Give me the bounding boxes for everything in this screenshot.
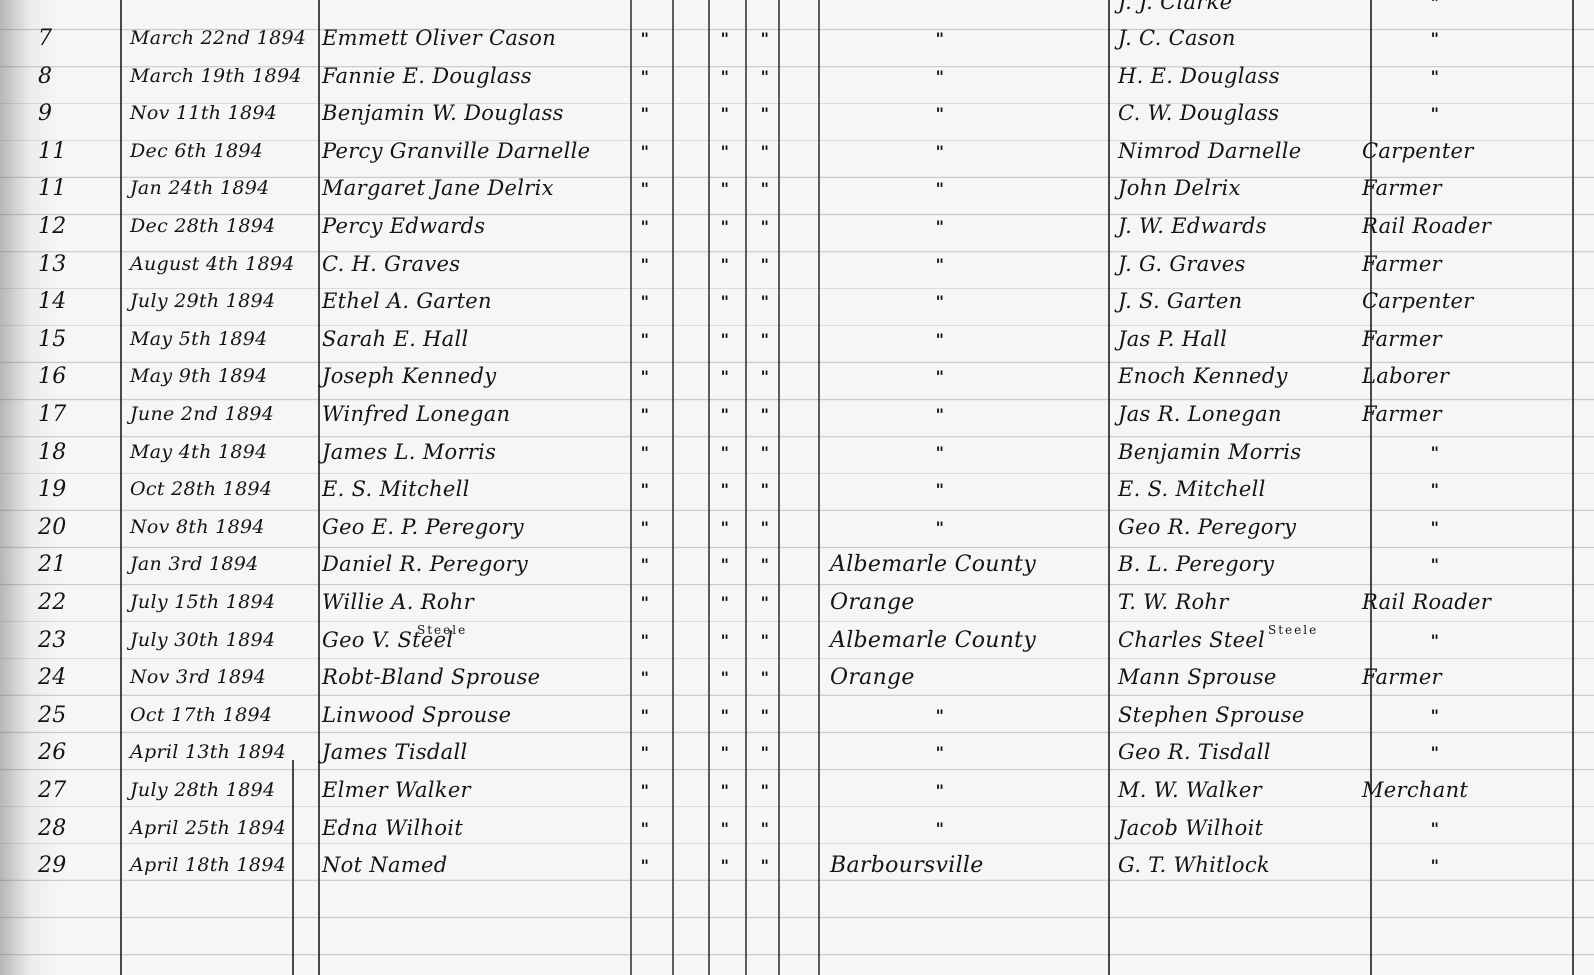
birth-date: Nov 3rd 1894 (130, 659, 315, 696)
ditto-mark: " (710, 847, 740, 884)
father-occupation: " (1420, 810, 1450, 847)
father-name: J. J. Clarke (1118, 0, 1348, 21)
father-name: Charles SteelSteele (1118, 622, 1348, 659)
birth-date: Oct 28th 1894 (130, 471, 315, 508)
birth-date: May 9th 1894 (130, 358, 315, 395)
birth-place: " (925, 246, 955, 283)
register-row: 18 May 4th 1894 James L. Morris " " " " … (0, 434, 1594, 471)
birth-date: May 5th 1894 (130, 321, 315, 358)
father-occupation: Farmer (1362, 659, 1582, 696)
ditto-mark: " (630, 847, 660, 884)
ditto-mark: " (630, 659, 660, 696)
ditto-mark: " (710, 772, 740, 809)
register-row: 11 Dec 6th 1894 Percy Granville Darnelle… (0, 133, 1594, 170)
father-occupation: Carpenter (1362, 133, 1582, 170)
birth-date: Jan 24th 1894 (130, 170, 315, 207)
father-name: Mann Sprouse (1118, 659, 1348, 696)
register-row: 27 July 28th 1894 Elmer Walker " " " " M… (0, 772, 1594, 809)
register-row: 19 Oct 28th 1894 E. S. Mitchell " " " " … (0, 471, 1594, 508)
ditto-mark: " (630, 208, 660, 245)
birth-place: Barboursville (830, 847, 1100, 884)
birth-date: July 15th 1894 (130, 584, 315, 621)
father-occupation: " (1420, 95, 1450, 132)
father-name: Jas R. Lonegan (1118, 396, 1348, 433)
birth-date: May 4th 1894 (130, 434, 315, 471)
register-row: 9 Nov 11th 1894 Benjamin W. Douglass " "… (0, 95, 1594, 132)
father-name: Stephen Sprouse (1118, 697, 1348, 734)
child-name: Ethel A. Garten (322, 283, 622, 320)
entry-number: 15 (38, 321, 108, 358)
birth-place: " (925, 358, 955, 395)
birth-date: March 22nd 1894 (130, 20, 315, 57)
entry-number: 19 (38, 471, 108, 508)
register-row: 28 April 25th 1894 Edna Wilhoit " " " " … (0, 810, 1594, 847)
entry-number: 24 (38, 659, 108, 696)
birth-date: Nov 11th 1894 (130, 95, 315, 132)
ditto-mark: " (745, 434, 785, 471)
ditto-mark: " (745, 133, 785, 170)
register-row: 13 August 4th 1894 C. H. Graves " " " " … (0, 246, 1594, 283)
register-row: 14 July 29th 1894 Ethel A. Garten " " " … (0, 283, 1594, 320)
register-row: 22 July 15th 1894 Willie A. Rohr " " " O… (0, 584, 1594, 621)
ditto-mark: " (630, 95, 660, 132)
ditto-mark: " (630, 622, 660, 659)
ditto-mark: " (745, 246, 785, 283)
birth-date: June 2nd 1894 (130, 396, 315, 433)
father-occupation: " (1420, 434, 1450, 471)
father-name: Nimrod Darnelle (1118, 133, 1348, 170)
birth-place: " (925, 95, 955, 132)
ditto-mark: " (710, 546, 740, 583)
father-name: Geo R. Peregory (1118, 509, 1348, 546)
birth-place: " (925, 471, 955, 508)
birth-date: April 18th 1894 (130, 847, 315, 884)
child-name: Joseph Kennedy (322, 358, 622, 395)
father-name: H. E. Douglass (1118, 58, 1348, 95)
child-name: Not Named (322, 847, 622, 884)
father-name: E. S. Mitchell (1118, 471, 1348, 508)
ditto-mark: " (710, 509, 740, 546)
ditto-mark: " (710, 697, 740, 734)
ditto-mark: " (630, 20, 660, 57)
birth-place: Albemarle County (830, 622, 1100, 659)
birth-place: " (925, 434, 955, 471)
ditto-mark: " (630, 810, 660, 847)
father-name: C. W. Douglass (1118, 95, 1348, 132)
ditto-mark: " (745, 396, 785, 433)
ditto-mark: " (710, 283, 740, 320)
ditto-mark: " (630, 509, 660, 546)
father-occupation: Carpenter (1362, 283, 1582, 320)
ditto-mark: " (745, 358, 785, 395)
father-name: Jacob Wilhoit (1118, 810, 1348, 847)
birth-place: " (925, 396, 955, 433)
ditto-mark: " (630, 283, 660, 320)
entry-number: 8 (38, 58, 108, 95)
child-name: Elmer Walker (322, 772, 622, 809)
father-occupation: " (1420, 734, 1450, 771)
father-name: Enoch Kennedy (1118, 358, 1348, 395)
birth-place: " (925, 283, 955, 320)
register-row: 23 July 30th 1894 Geo V. SteelSteele " "… (0, 622, 1594, 659)
birth-place: " (925, 697, 955, 734)
child-name: Geo E. P. Peregory (322, 509, 622, 546)
entry-number: 17 (38, 396, 108, 433)
entry-number: 22 (38, 584, 108, 621)
ditto-mark: " (710, 622, 740, 659)
ditto-mark: " (745, 170, 785, 207)
ditto-mark: " (710, 734, 740, 771)
father-occupation: Farmer (1362, 246, 1582, 283)
entry-number: 16 (38, 358, 108, 395)
ditto-mark: " (710, 358, 740, 395)
register-row: 20 Nov 8th 1894 Geo E. P. Peregory " " "… (0, 509, 1594, 546)
father-name: M. W. Walker (1118, 772, 1348, 809)
ditto-mark: " (710, 434, 740, 471)
occupation-ditto: " (1420, 0, 1450, 21)
father-name: J. W. Edwards (1118, 208, 1348, 245)
entry-number: 14 (38, 283, 108, 320)
father-name: G. T. Whitlock (1118, 847, 1348, 884)
father-occupation: " (1420, 58, 1450, 95)
birth-date: March 19th 1894 (130, 58, 315, 95)
register-row: 29 April 18th 1894 Not Named " " " Barbo… (0, 847, 1594, 884)
register-row: 12 Dec 28th 1894 Percy Edwards " " " " J… (0, 208, 1594, 245)
ditto-mark: " (710, 58, 740, 95)
register-row: 25 Oct 17th 1894 Linwood Sprouse " " " "… (0, 697, 1594, 734)
child-name: C. H. Graves (322, 246, 622, 283)
birth-date: April 13th 1894 (130, 734, 315, 771)
ditto-mark: " (630, 321, 660, 358)
father-name: John Delrix (1118, 170, 1348, 207)
birth-place: " (925, 58, 955, 95)
father-name: J. S. Garten (1118, 283, 1348, 320)
ditto-mark: " (710, 20, 740, 57)
child-name: Fannie E. Douglass (322, 58, 622, 95)
child-name: James L. Morris (322, 434, 622, 471)
ditto-mark: " (710, 246, 740, 283)
birth-date: Nov 8th 1894 (130, 509, 315, 546)
child-name: Geo V. SteelSteele (322, 622, 622, 659)
birth-place: " (925, 133, 955, 170)
entry-number: 26 (38, 734, 108, 771)
register-row: 11 Jan 24th 1894 Margaret Jane Delrix " … (0, 170, 1594, 207)
child-name: Winfred Lonegan (322, 396, 622, 433)
ditto-mark: " (745, 810, 785, 847)
entry-number: 12 (38, 208, 108, 245)
birth-place: Orange (830, 659, 1100, 696)
ditto-mark: " (710, 170, 740, 207)
register-page: J. J. Clarke " 7 March 22nd 1894 Emmett … (0, 0, 1594, 975)
child-name: Percy Edwards (322, 208, 622, 245)
birth-place: " (925, 208, 955, 245)
ditto-mark: " (745, 546, 785, 583)
entry-number: 11 (38, 170, 108, 207)
ditto-mark: " (745, 471, 785, 508)
father-name: Geo R. Tisdall (1118, 734, 1348, 771)
ditto-mark: " (630, 133, 660, 170)
father-occupation: " (1420, 509, 1450, 546)
register-row: 15 May 5th 1894 Sarah E. Hall " " " " Ja… (0, 321, 1594, 358)
father-occupation: Farmer (1362, 396, 1582, 433)
birth-date: April 25th 1894 (130, 810, 315, 847)
child-name: Percy Granville Darnelle (322, 133, 622, 170)
child-name: Linwood Sprouse (322, 697, 622, 734)
child-name: Emmett Oliver Cason (322, 20, 622, 57)
father-occupation: Farmer (1362, 170, 1582, 207)
birth-place: Albemarle County (830, 546, 1100, 583)
father-occupation: Laborer (1362, 358, 1582, 395)
birth-place: " (925, 772, 955, 809)
entry-number: 28 (38, 810, 108, 847)
ditto-mark: " (630, 546, 660, 583)
birth-place: " (925, 734, 955, 771)
entry-number: 23 (38, 622, 108, 659)
child-name: Benjamin W. Douglass (322, 95, 622, 132)
register-row: 16 May 9th 1894 Joseph Kennedy " " " " E… (0, 358, 1594, 395)
birth-place: " (925, 321, 955, 358)
ditto-mark: " (710, 584, 740, 621)
child-name: Willie A. Rohr (322, 584, 622, 621)
ditto-mark: " (745, 58, 785, 95)
ditto-mark: " (630, 246, 660, 283)
child-name: Margaret Jane Delrix (322, 170, 622, 207)
entry-number: 25 (38, 697, 108, 734)
ditto-mark: " (630, 434, 660, 471)
father-occupation: " (1420, 20, 1450, 57)
father-name: J. G. Graves (1118, 246, 1348, 283)
ditto-mark: " (630, 584, 660, 621)
ditto-mark: " (745, 697, 785, 734)
ditto-mark: " (745, 208, 785, 245)
entry-number: 7 (38, 20, 108, 57)
father-occupation: Rail Roader (1362, 208, 1582, 245)
ditto-mark: " (710, 208, 740, 245)
entry-number: 27 (38, 772, 108, 809)
child-name: Edna Wilhoit (322, 810, 622, 847)
birth-date: Jan 3rd 1894 (130, 546, 315, 583)
ditto-mark: " (630, 471, 660, 508)
birth-date: Oct 17th 1894 (130, 697, 315, 734)
birth-place: " (925, 20, 955, 57)
entry-number: 21 (38, 546, 108, 583)
ditto-mark: " (710, 810, 740, 847)
father-name: J. C. Cason (1118, 20, 1348, 57)
ditto-mark: " (745, 509, 785, 546)
entry-number: 9 (38, 95, 108, 132)
child-name: Robt-Bland Sprouse (322, 659, 622, 696)
ditto-mark: " (745, 659, 785, 696)
entry-number: 29 (38, 847, 108, 884)
register-row: 24 Nov 3rd 1894 Robt-Bland Sprouse " " "… (0, 659, 1594, 696)
birth-date: July 29th 1894 (130, 283, 315, 320)
register-row-partial: J. J. Clarke " (0, 0, 1594, 21)
father-name-correction: Steele (1268, 612, 1318, 649)
ditto-mark: " (630, 697, 660, 734)
father-occupation: " (1420, 546, 1450, 583)
ditto-mark: " (745, 772, 785, 809)
ditto-mark: " (630, 358, 660, 395)
child-name: E. S. Mitchell (322, 471, 622, 508)
ditto-mark: " (745, 734, 785, 771)
birth-date: August 4th 1894 (130, 246, 315, 283)
child-name: Sarah E. Hall (322, 321, 622, 358)
father-occupation: Rail Roader (1362, 584, 1582, 621)
father-occupation: Farmer (1362, 321, 1582, 358)
father-occupation: " (1420, 622, 1450, 659)
birth-place: " (925, 810, 955, 847)
register-row: 7 March 22nd 1894 Emmett Oliver Cason " … (0, 20, 1594, 57)
ditto-mark: " (745, 283, 785, 320)
birth-date: Dec 28th 1894 (130, 208, 315, 245)
ditto-mark: " (710, 133, 740, 170)
birth-place: " (925, 509, 955, 546)
father-name: Benjamin Morris (1118, 434, 1348, 471)
birth-date: July 28th 1894 (130, 772, 315, 809)
ditto-mark: " (710, 471, 740, 508)
entry-number: 13 (38, 246, 108, 283)
father-occupation: " (1420, 847, 1450, 884)
father-name: B. L. Peregory (1118, 546, 1348, 583)
register-row: 8 March 19th 1894 Fannie E. Douglass " "… (0, 58, 1594, 95)
ditto-mark: " (630, 58, 660, 95)
ditto-mark: " (745, 20, 785, 57)
ditto-mark: " (630, 396, 660, 433)
ditto-mark: " (630, 170, 660, 207)
ditto-mark: " (710, 95, 740, 132)
ditto-mark: " (630, 772, 660, 809)
birth-place: Orange (830, 584, 1100, 621)
ditto-mark: " (745, 847, 785, 884)
ditto-mark: " (745, 584, 785, 621)
ditto-mark: " (745, 321, 785, 358)
birth-date: Dec 6th 1894 (130, 133, 315, 170)
birth-date: July 30th 1894 (130, 622, 315, 659)
father-occupation: " (1420, 697, 1450, 734)
register-row: 26 April 13th 1894 James Tisdall " " " "… (0, 734, 1594, 771)
father-name: Jas P. Hall (1118, 321, 1348, 358)
father-occupation: Merchant (1362, 772, 1582, 809)
entry-number: 20 (38, 509, 108, 546)
ditto-mark: " (710, 659, 740, 696)
ditto-mark: " (630, 734, 660, 771)
ditto-mark: " (710, 396, 740, 433)
name-correction: Steele (417, 612, 467, 649)
entry-number: 11 (38, 133, 108, 170)
child-name: James Tisdall (322, 734, 622, 771)
birth-place: " (925, 170, 955, 207)
father-occupation: " (1420, 471, 1450, 508)
register-row: 21 Jan 3rd 1894 Daniel R. Peregory " " "… (0, 546, 1594, 583)
child-name: Daniel R. Peregory (322, 546, 622, 583)
ditto-mark: " (745, 622, 785, 659)
entry-number: 18 (38, 434, 108, 471)
ditto-mark: " (710, 321, 740, 358)
ditto-mark: " (745, 95, 785, 132)
register-row: 17 June 2nd 1894 Winfred Lonegan " " " "… (0, 396, 1594, 433)
